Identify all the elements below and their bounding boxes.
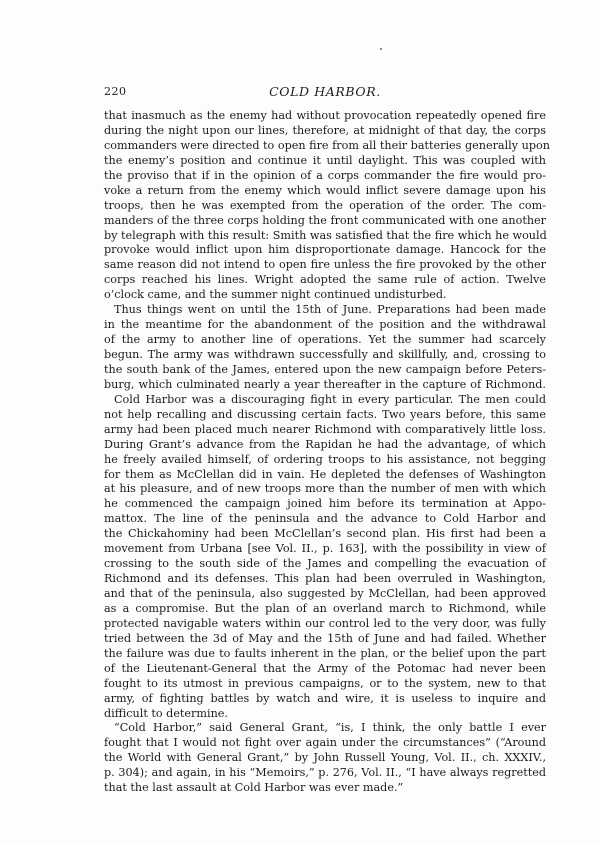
text-line: voke a return from the enemy which would… xyxy=(104,184,546,199)
text-line: during the night upon our lines, therefo… xyxy=(104,124,546,139)
text-line: army had been placed much nearer Richmon… xyxy=(104,423,546,438)
paragraph-2: Thus things went on until the 15th of Ju… xyxy=(104,303,546,393)
text-line: not help recalling and discussing certai… xyxy=(104,408,546,423)
running-head-title: COLD HARBOR. xyxy=(104,84,546,99)
text-line: tried between the 3d of May and the 15th… xyxy=(104,632,546,647)
text-line: burg, which culminated nearly a year the… xyxy=(104,378,546,393)
running-head: 220 COLD HARBOR. xyxy=(104,85,546,101)
text-line: manders of the three corps holding the f… xyxy=(104,214,546,229)
text-line: Cold Harbor was a discouraging fight in … xyxy=(104,393,546,408)
body-text: that inasmuch as the enemy had without p… xyxy=(104,109,546,796)
text-line: in the meantime for the abandonment of t… xyxy=(104,318,546,333)
paragraph-4: “Cold Harbor,” said General Grant, “is, … xyxy=(104,721,546,796)
text-line: the enemy’s position and continue it unt… xyxy=(104,154,546,169)
text-line: for them as McClellan did in vain. He de… xyxy=(104,468,546,483)
text-line: same reason did not intend to open fire … xyxy=(104,258,546,273)
text-line: that inasmuch as the enemy had without p… xyxy=(104,109,546,124)
text-line: of the army to another line of operation… xyxy=(104,333,546,348)
text-line: protected navigable waters within our co… xyxy=(104,617,546,632)
text-line: provoke would inflict upon him dispropor… xyxy=(104,243,546,258)
text-line: During Grant’s advance from the Rapidan … xyxy=(104,438,546,453)
text-line: troops, then he was exempted from the op… xyxy=(104,199,546,214)
text-line: movement from Urbana [see Vol. II., p. 1… xyxy=(104,542,546,557)
text-line: fought that I would not fight over again… xyxy=(104,736,546,751)
text-line: that the last assault at Cold Harbor was… xyxy=(104,781,546,796)
text-line: crossing to the south side of the James … xyxy=(104,557,546,572)
paragraph-3: Cold Harbor was a discouraging fight in … xyxy=(104,393,546,722)
text-line: by telegraph with this result: Smith was… xyxy=(104,229,546,244)
text-line: mattox. The line of the peninsula and th… xyxy=(104,512,546,527)
text-line: fought to its utmost in previous campaig… xyxy=(104,677,546,692)
text-line: army, of fighting battles by watch and w… xyxy=(104,692,546,707)
text-line: Richmond and its defenses. This plan had… xyxy=(104,572,546,587)
text-line: the proviso that if in the opinion of a … xyxy=(104,169,546,184)
text-line: he freely availed himself, of ordering t… xyxy=(104,453,546,468)
text-line: Thus things went on until the 15th of Ju… xyxy=(104,303,546,318)
text-line: o’clock came, and the summer night conti… xyxy=(104,288,546,303)
paragraph-1: that inasmuch as the enemy had without p… xyxy=(104,109,546,303)
text-line: he commenced the campaign joined him bef… xyxy=(104,497,546,512)
text-line: difficult to determine. xyxy=(104,707,546,722)
text-line: p. 304); and again, in his “Memoirs,” p.… xyxy=(104,766,546,781)
text-line: corps reached his lines. Wright adopted … xyxy=(104,273,546,288)
text-line: begun. The army was withdrawn successful… xyxy=(104,348,546,363)
book-page: 220 COLD HARBOR. that inasmuch as the en… xyxy=(0,0,600,843)
text-line: the failure was due to faults inherent i… xyxy=(104,647,546,662)
text-line: “Cold Harbor,” said General Grant, “is, … xyxy=(104,721,546,736)
text-line: of the Lieutenant-General that the Army … xyxy=(104,662,546,677)
text-line: and that of the peninsula, also suggeste… xyxy=(104,587,546,602)
text-line: the south bank of the James, entered upo… xyxy=(104,363,546,378)
text-line: at his pleasure, and of new troops more … xyxy=(104,482,546,497)
scan-speck xyxy=(380,48,382,50)
text-line: the World with General Grant,” by John R… xyxy=(104,751,546,766)
text-line: commanders were directed to open fire fr… xyxy=(104,139,546,154)
text-line: the Chickahominy had been McClellan’s se… xyxy=(104,527,546,542)
text-line: as a compromise. But the plan of an over… xyxy=(104,602,546,617)
